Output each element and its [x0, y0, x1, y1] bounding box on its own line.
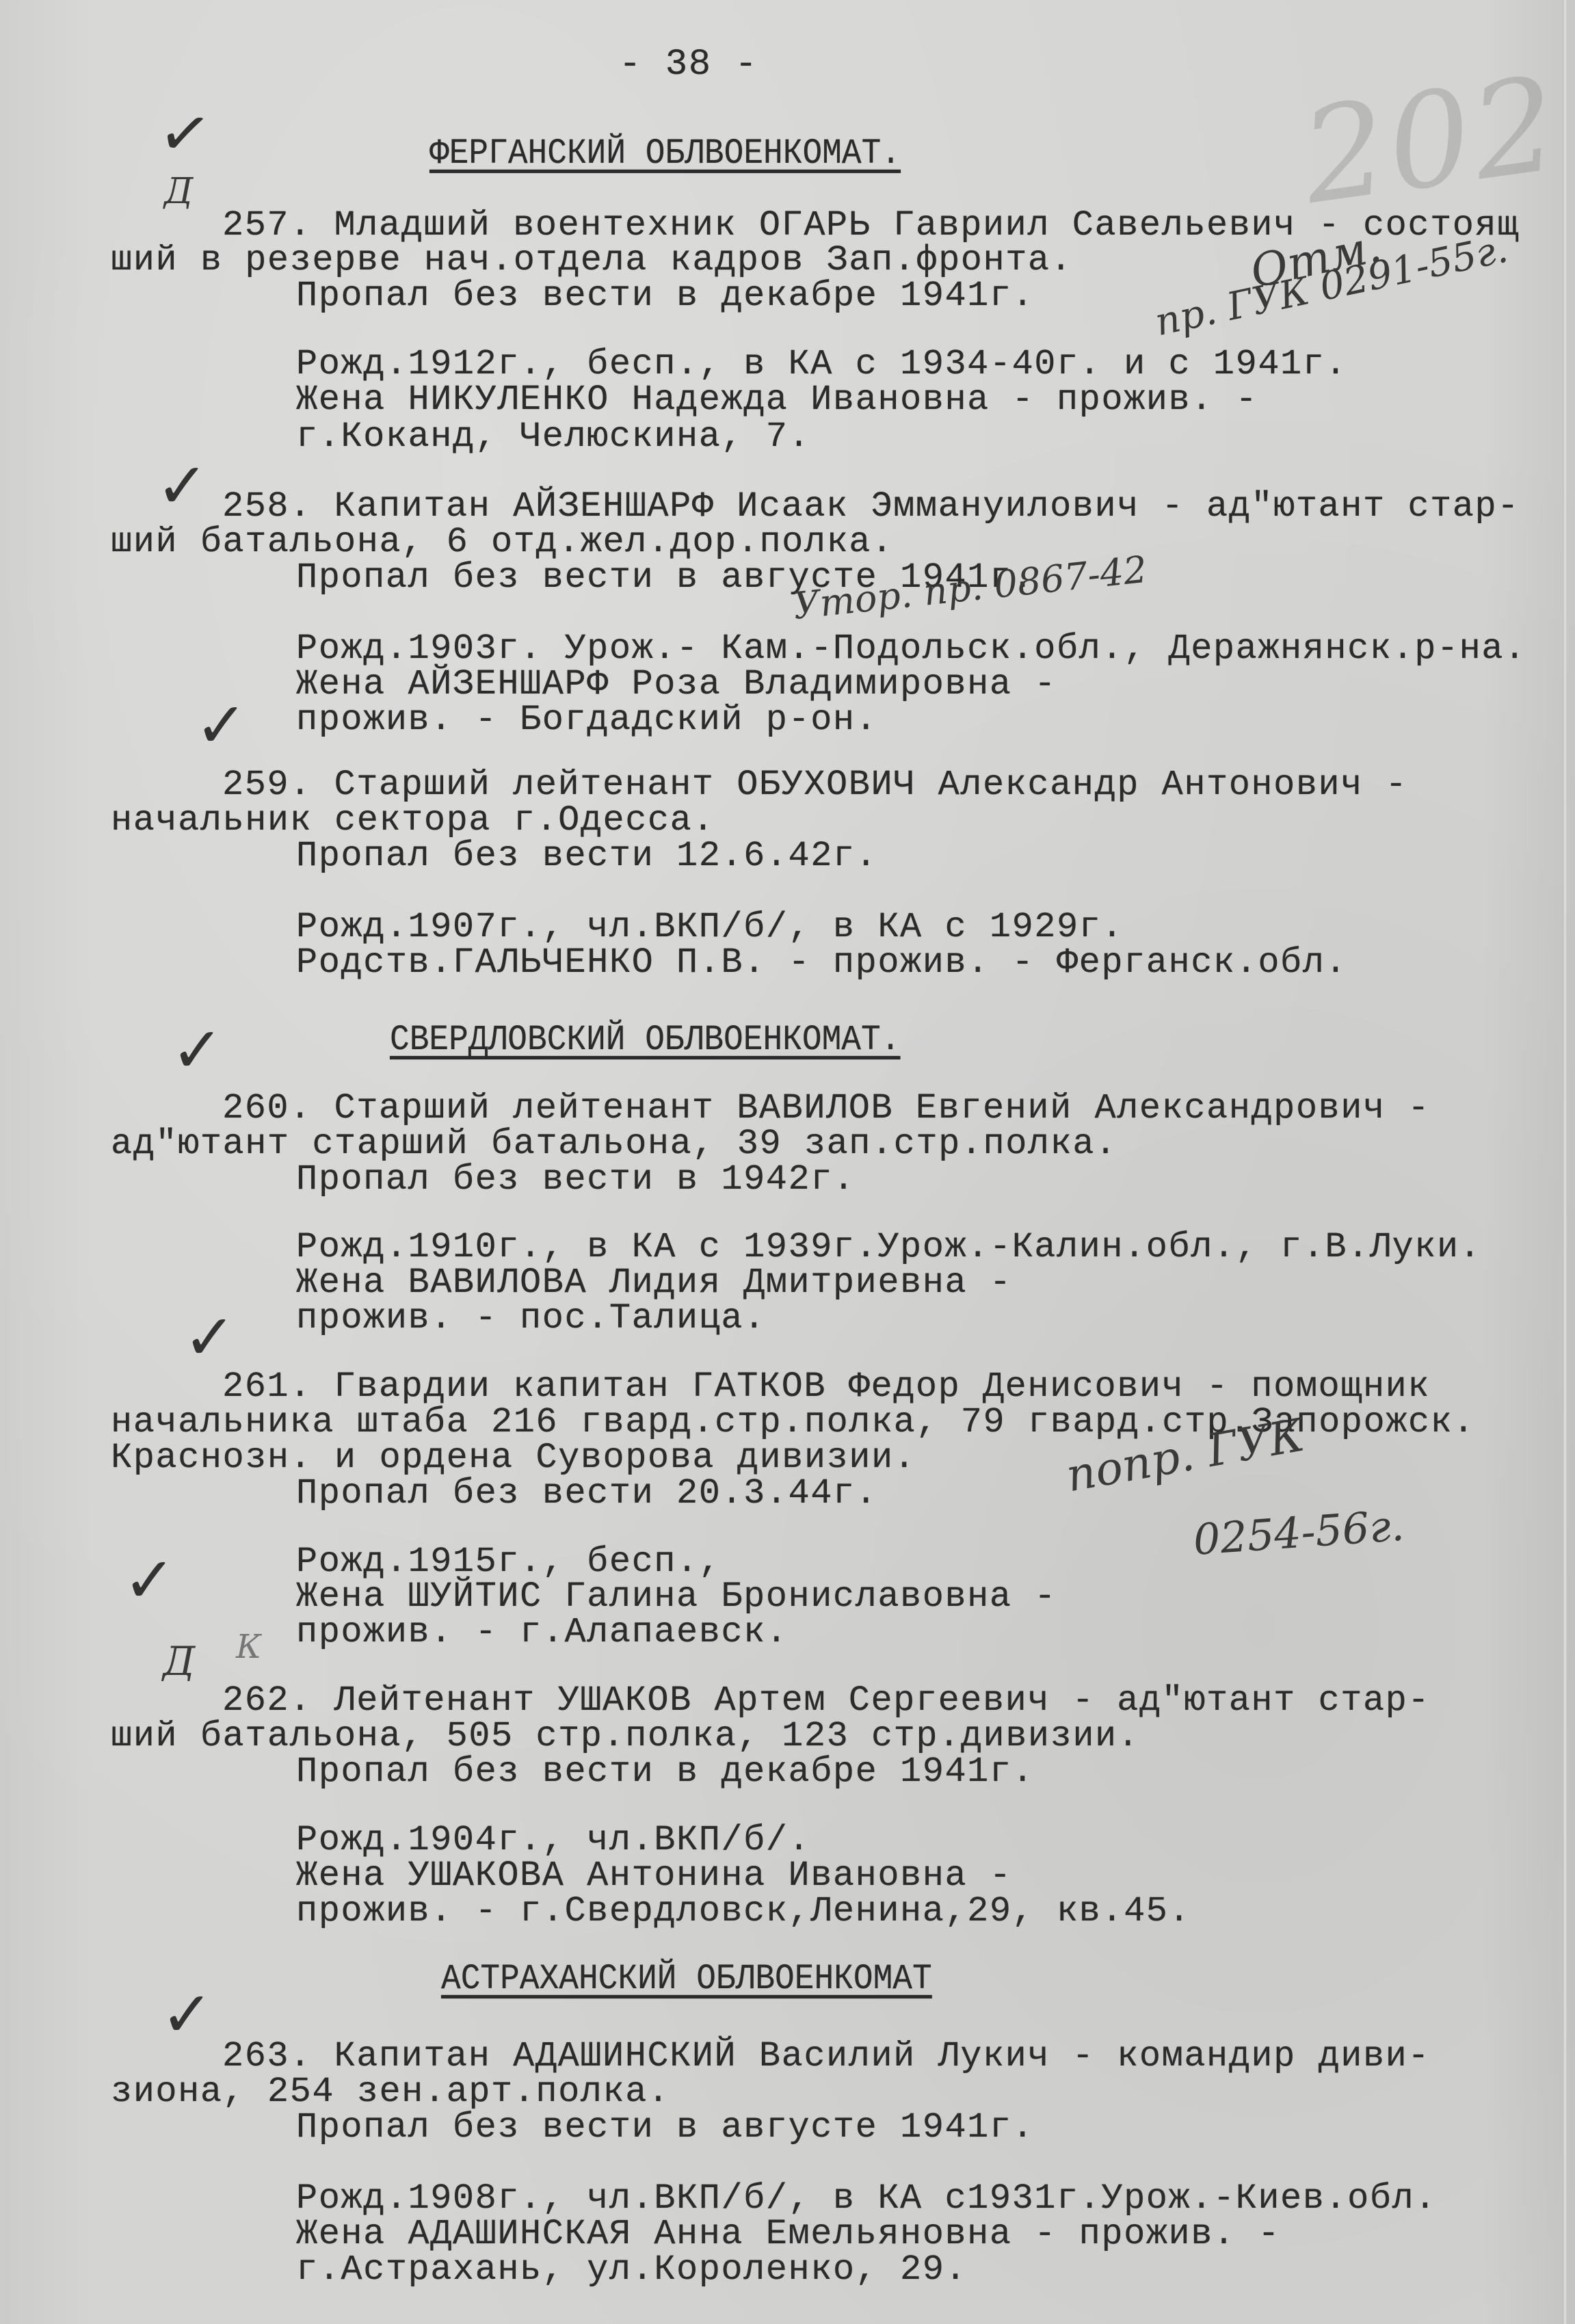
entry-line: Жена АЙЗЕНШАРФ Роза Владимировна - [296, 665, 1057, 704]
checkmark-icon: ✓ [195, 694, 248, 757]
margin-initial-k: К [236, 1628, 261, 1666]
entry-line: 261. Гвардии капитан ГАТКОВ Федор Денисо… [222, 1368, 1430, 1406]
entry-line: 259. Старший лейтенант ОБУХОВИЧ Александ… [222, 766, 1407, 804]
entry-line: прожив. - г.Алапаевск. [296, 1613, 789, 1652]
section-heading-sverdlovsk: СВЕРДЛОВСКИЙ ОБЛВОЕНКОМАТ. [390, 1021, 900, 1059]
entry-line: прожив. - г.Свердловск,Ленина,29, кв.45. [296, 1892, 1191, 1931]
entry-line: ший батальона, 6 отд.жел.дор.полка. [111, 523, 894, 562]
handwritten-annotation: 0254-56г. [1191, 1501, 1405, 1565]
margin-initial-d: Д [164, 171, 193, 212]
entry-line: начальник сектора г.Одесса. [111, 802, 715, 840]
entry-line: Рожд.1910г., в КА с 1939г.Урож.-Калин.об… [296, 1228, 1481, 1267]
entry-line: Рожд.1912г., бесп., в КА с 1934-40г. и с… [296, 345, 1347, 384]
entry-line: 260. Старший лейтенант ВАВИЛОВ Евгений А… [222, 1090, 1430, 1128]
entry-line: Пропал без вести 20.3.44г. [296, 1475, 877, 1513]
checkmark-icon: ✓ [155, 99, 215, 169]
entry-line: Жена ВАВИЛОВА Лидия Дмитриевна - [296, 1264, 1012, 1302]
entry-line: Жена НИКУЛЕНКО Надежда Ивановна - прожив… [296, 381, 1258, 419]
entry-line: Пропал без вести 12.6.42г. [296, 837, 877, 875]
entry-line: прожив. - Богдадский р-он. [296, 701, 877, 739]
margin-initial-d: Д [163, 1638, 195, 1685]
entry-line: 258. Капитан АЙЗЕНШАРФ Исаак Эммануилови… [222, 488, 1520, 526]
entry-line: Пропал без вести в декабре 1941г. [296, 277, 1034, 315]
entry-line: Пропал без вести в 1942г. [296, 1161, 856, 1199]
section-heading-fergana: ФЕРГАНСКИЙ ОБЛВОЕНКОМАТ. [429, 135, 901, 173]
entry-line: прожив. - пос.Талица. [296, 1299, 766, 1338]
entry-line: ший в резерве нач.отдела кадров Зап.фрон… [111, 241, 1072, 280]
checkmark-icon: ✓ [156, 455, 209, 518]
entry-line: Родств.ГАЛЬЧЕНКО П.В. - прожив. - Ферган… [296, 944, 1347, 982]
entry-line: Рожд.1908г., чл.ВКП/б/, в КА с1931г.Урож… [296, 2180, 1437, 2218]
entry-line: г.Астрахань, ул.Короленко, 29. [296, 2251, 967, 2289]
entry-line: Жена АДАШИНСКАЯ Анна Емельяновна - прожи… [296, 2215, 1280, 2254]
entry-line: Пропал без вести в декабре 1941г. [296, 1753, 1034, 1791]
entry-line: Краснозн. и ордена Суворова дивизии. [111, 1439, 916, 1477]
checkmark-icon: ✓ [123, 1549, 176, 1612]
entry-line: Жена ШУЙТИС Галина Брониславовна - [296, 1578, 1057, 1616]
entry-line: Рожд.1907г., чл.ВКП/б/, в КА с 1929г. [296, 908, 1124, 947]
entry-line: 263. Капитан АДАШИНСКИЙ Василий Лукич - … [222, 2037, 1430, 2076]
entry-line: ший батальона, 505 стр.полка, 123 стр.ди… [111, 1717, 1139, 1756]
entry-line: г.Коканд, Челюскина, 7. [296, 418, 810, 456]
entry-line: 262. Лейтенант УШАКОВ Артем Сергеевич - … [222, 1682, 1430, 1720]
page-number: - 38 - [619, 46, 758, 84]
entry-line: Рожд.1903г. Урож.- Кам.-Подольск.обл., Д… [296, 630, 1526, 668]
entry-line: Пропал без вести в августе 1941г. [296, 2109, 1034, 2147]
entry-line: ад"ютант старший батальона, 39 зап.стр.п… [111, 1125, 1117, 1163]
checkmark-icon: ✓ [171, 1019, 224, 1082]
entry-line: зиона, 254 зен.арт.полка. [111, 2073, 670, 2111]
entry-line: Жена УШАКОВА Антонина Ивановна - [296, 1857, 1012, 1895]
section-heading-astrakhan: АСТРАХАНСКИЙ ОБЛВОЕНКОМАТ [441, 1960, 932, 1998]
page-binding-edge [1563, 0, 1567, 2324]
checkmark-icon: ✓ [161, 1983, 213, 2046]
entry-line: Рожд.1904г., чл.ВКП/б/. [296, 1821, 810, 1860]
entry-line: Рожд.1915г., бесп., [296, 1543, 721, 1581]
checkmark-icon: ✓ [183, 1306, 236, 1369]
